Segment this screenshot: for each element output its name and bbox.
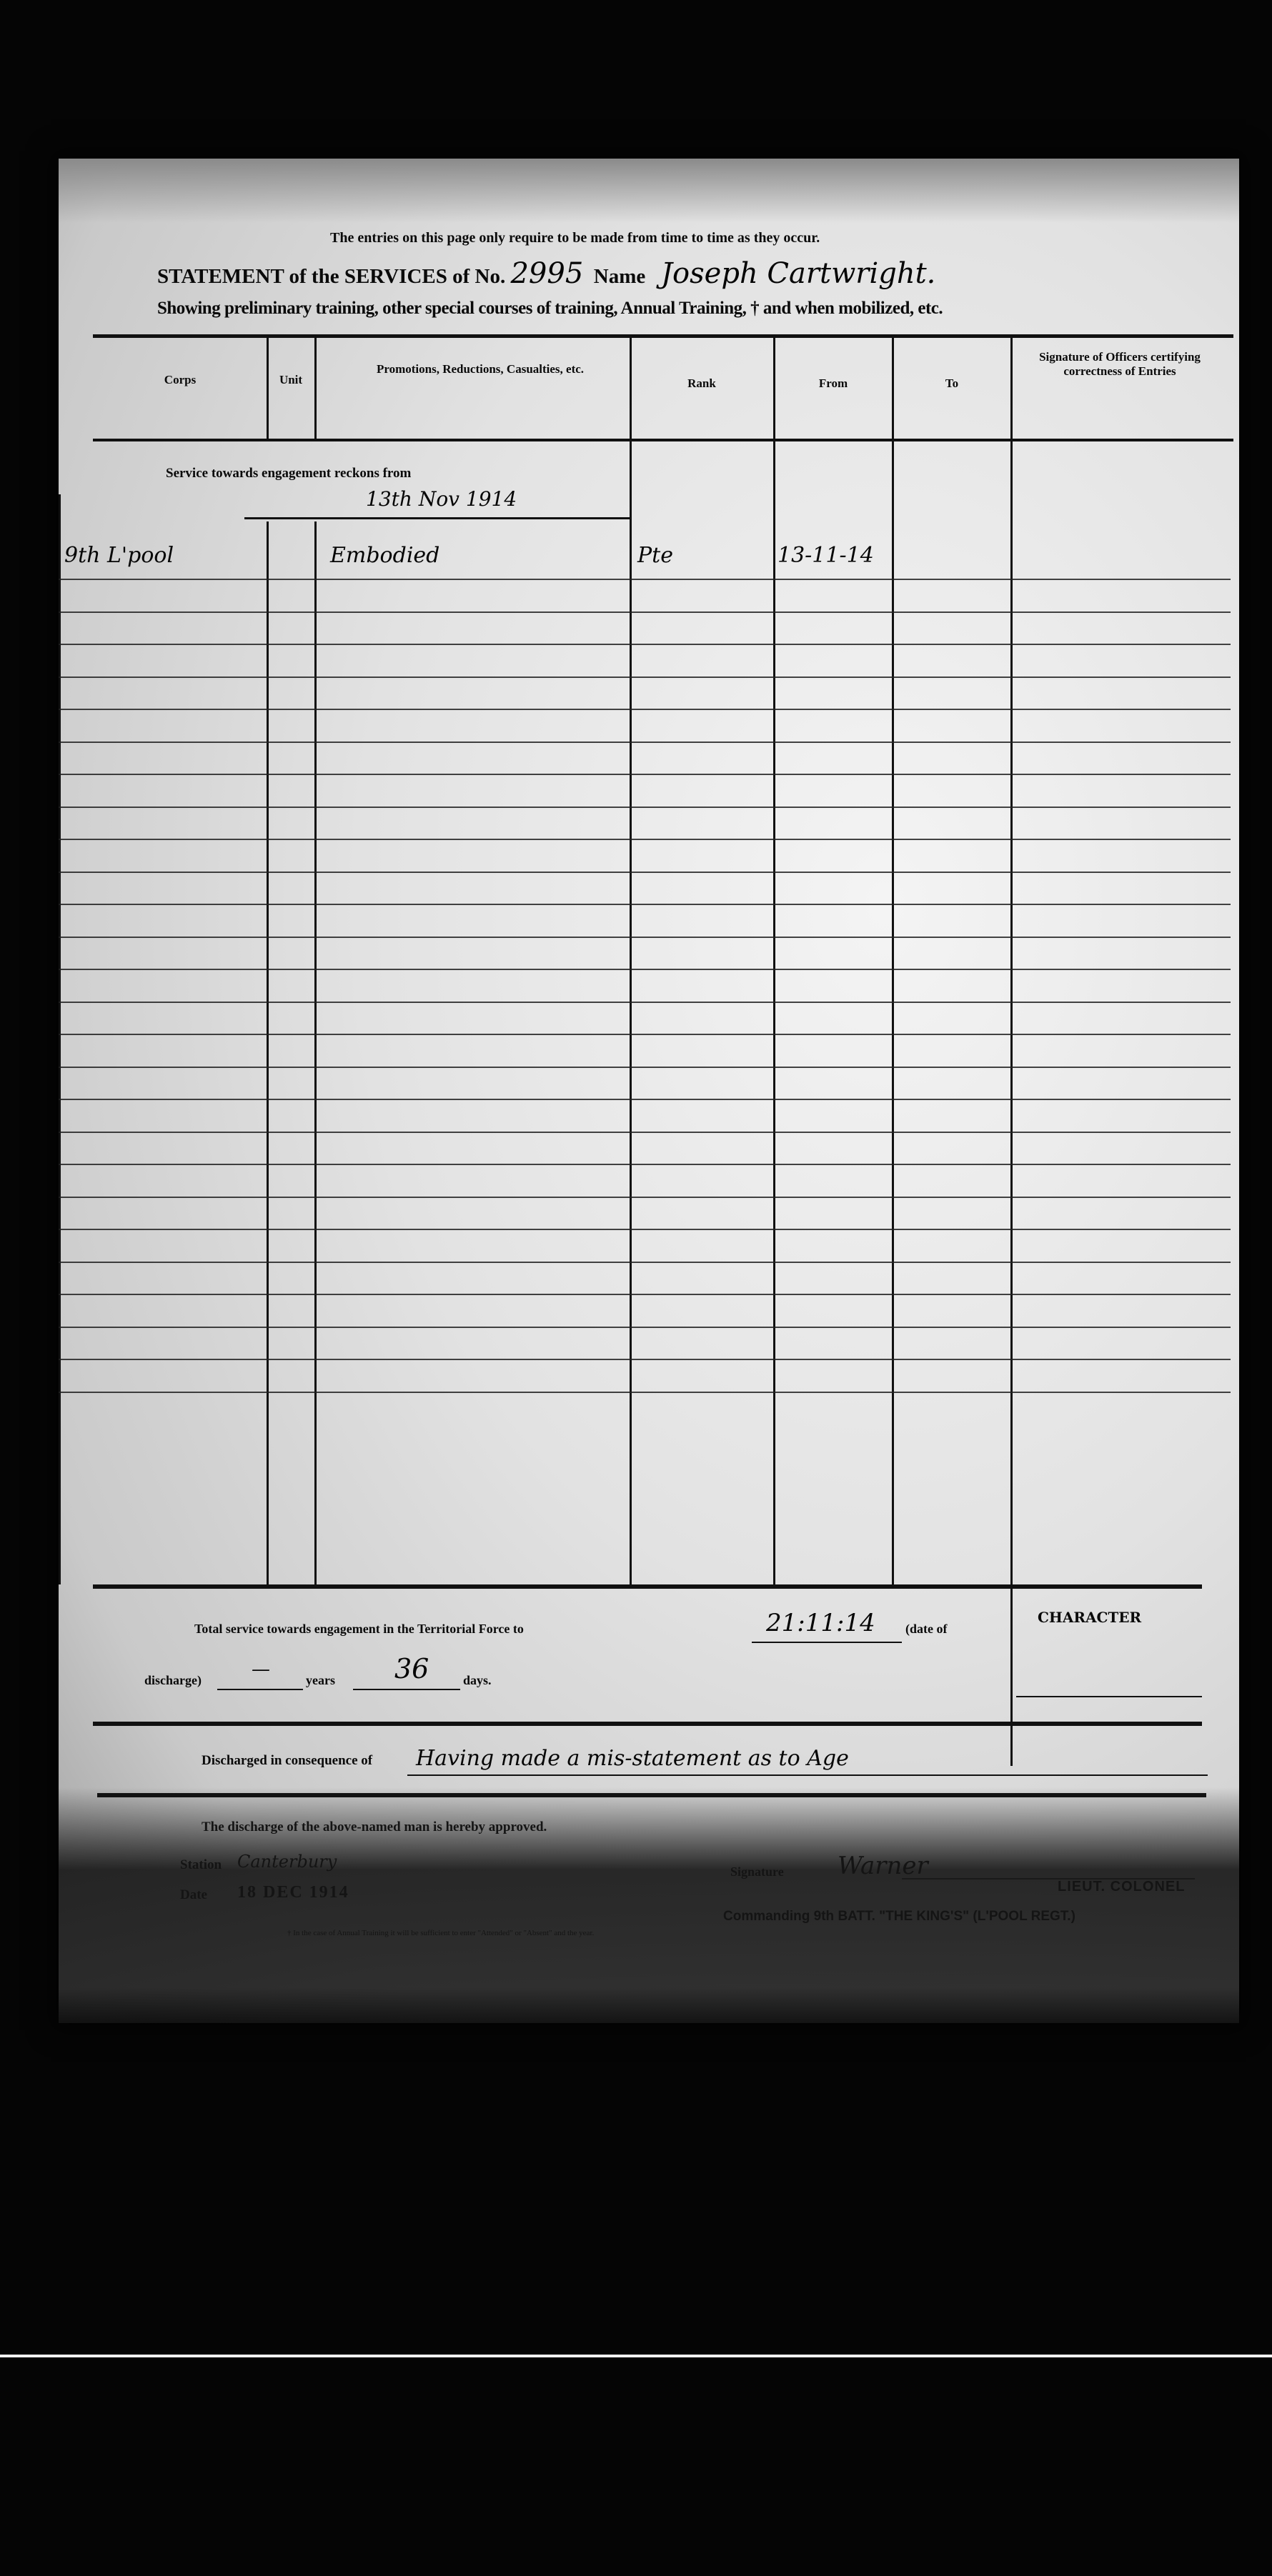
- page-shadow: [59, 159, 1239, 223]
- table-row-rule: [59, 1164, 1231, 1165]
- table-row-rule: [59, 1327, 1231, 1328]
- character-rule: [1016, 1696, 1202, 1697]
- scan-edge-line: [0, 2355, 1272, 2357]
- service-record-page: The entries on this page only require to…: [59, 159, 1239, 2023]
- column-header-promotions: Promotions, Reductions, Casualties, etc.: [359, 362, 602, 376]
- years-underline: [217, 1689, 303, 1690]
- signature-label: Signature: [730, 1864, 784, 1879]
- col-line-2: [314, 521, 317, 1586]
- table-row-rule: [59, 937, 1231, 938]
- intro-note: The entries on this page only require to…: [330, 230, 820, 246]
- table-row-rule: [59, 1392, 1231, 1393]
- table-bottom-rule: [93, 1584, 1202, 1589]
- table-row-rule: [59, 1034, 1231, 1035]
- table-row-rule: [59, 774, 1231, 775]
- service-number: 2995: [510, 257, 583, 290]
- table-row-rule: [59, 1002, 1231, 1003]
- table-top-rule: [93, 334, 1233, 338]
- row-1-corps: 9th L'pool: [64, 543, 174, 568]
- table-row-rule: [59, 904, 1231, 905]
- statement-title: STATEMENT of the SERVICES of No. 2995 Na…: [157, 257, 935, 290]
- statement-subtitle: Showing preliminary training, other spec…: [157, 299, 943, 319]
- table-row-rule: [59, 1197, 1231, 1198]
- table-row-rule: [59, 709, 1231, 710]
- table-row-rule: [59, 969, 1231, 970]
- reckons-underline: [244, 517, 630, 519]
- approval-text: The discharge of the above-named man is …: [202, 1819, 547, 1835]
- col-line-1-head: [267, 337, 269, 439]
- character-label: CHARACTER: [1038, 1609, 1141, 1626]
- row-1-rank: Pte: [637, 543, 673, 568]
- title-prefix: STATEMENT of the SERVICES of No.: [157, 265, 505, 288]
- years-label: years: [306, 1673, 335, 1688]
- date-label: Date: [180, 1887, 207, 1903]
- column-header-rank: Rank: [632, 376, 772, 391]
- unit-title: Commanding 9th BATT. "THE KING'S" (L'POO…: [723, 1909, 1075, 1924]
- soldier-name: Joseph Cartwright.: [661, 257, 935, 290]
- col-line-4: [773, 337, 775, 1586]
- col-line-1: [267, 521, 269, 1586]
- annual-training-footnote: † In the case of Annual Training it will…: [287, 1929, 594, 1937]
- column-header-from: From: [775, 376, 891, 391]
- column-header-corps: Corps: [101, 373, 259, 387]
- days-label: days.: [463, 1673, 492, 1688]
- table-row-rule: [59, 1099, 1231, 1100]
- table-row-rule: [59, 1132, 1231, 1133]
- table-row-rule: [59, 839, 1231, 840]
- col-line-5: [892, 337, 894, 1586]
- table-row-rule: [59, 1262, 1231, 1263]
- discharged-label: Discharged in consequence of: [202, 1753, 372, 1769]
- table-row-rule: [59, 677, 1231, 678]
- days-value: 36: [394, 1653, 429, 1684]
- days-underline: [353, 1689, 460, 1690]
- station-value: Canterbury: [237, 1852, 337, 1872]
- discharge-reason: Having made a mis-statement as to Age: [416, 1746, 849, 1771]
- name-label: Name: [594, 265, 645, 288]
- discharge-reason-underline: [407, 1774, 1208, 1776]
- commanding-officer-signature: Warner: [838, 1852, 928, 1880]
- station-label: Station: [180, 1857, 222, 1873]
- table-row-rule: [59, 1294, 1231, 1295]
- table-row-rule: [59, 1359, 1231, 1360]
- years-value: —: [252, 1659, 270, 1680]
- table-row-rule: [59, 742, 1231, 743]
- table-row-rule: [59, 872, 1231, 873]
- total-service-label: Total service towards engagement in the …: [194, 1622, 524, 1637]
- discharge-date-underline: [752, 1642, 902, 1643]
- col-line-left: [59, 494, 61, 1584]
- totals-bottom-rule: [93, 1722, 1202, 1726]
- date-stamp: 18 DEC 1914: [237, 1883, 349, 1902]
- table-row-rule: [59, 579, 1231, 580]
- reckons-date: 13th Nov 1914: [366, 487, 517, 511]
- table-row-rule: [59, 1067, 1231, 1068]
- table-row-rule: [59, 644, 1231, 645]
- column-header-unit: Unit: [268, 373, 314, 387]
- column-header-to: To: [894, 376, 1010, 391]
- col-line-2-head: [314, 337, 317, 439]
- discharge-date: 21:11:14: [766, 1609, 875, 1637]
- date-of-label: (date of: [905, 1622, 947, 1637]
- row-1-promotions: Embodied: [330, 543, 439, 568]
- reckons-label: Service towards engagement reckons from: [166, 466, 411, 481]
- col-line-6: [1010, 337, 1013, 1766]
- table-row-rule: [59, 611, 1231, 613]
- col-line-3: [630, 337, 632, 1586]
- table-row-rule: [59, 1229, 1231, 1230]
- table-row-rule: [59, 807, 1231, 808]
- header-bottom-rule: [93, 439, 1233, 441]
- discharge-label: discharge): [144, 1673, 202, 1688]
- row-1-from: 13-11-14: [777, 543, 874, 568]
- rank-title: LIEUT. COLONEL: [1058, 1879, 1185, 1895]
- column-header-signature: Signature of Officers certifying correct…: [1016, 350, 1223, 379]
